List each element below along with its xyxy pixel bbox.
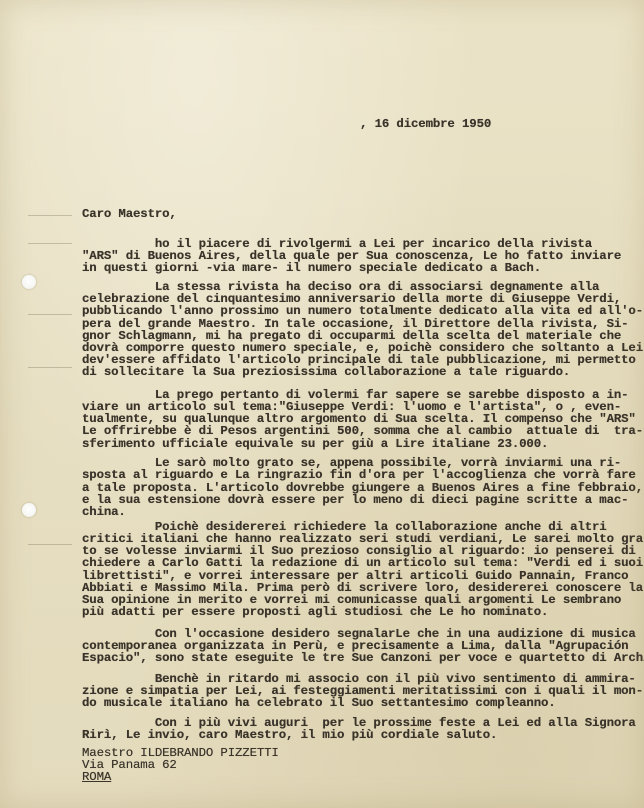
body-line: e la sua estensione dovrà essere per lo … [82,493,628,507]
body-line: in questi giorni -via mare- il numero sp… [82,261,541,275]
margin-mark [28,544,72,545]
body-line: Espacio", sono state eseguite le tre Sue… [82,651,644,665]
letter-body: ho il piacere di rivolgermi a Lei per in… [0,0,29,658]
letter-page: , 16 dicembre 1950 Caro Maestro, ho il p… [0,0,644,808]
body-line: più adatti per essere proposti agli stud… [82,605,548,619]
margin-mark [28,367,72,368]
body-line: di sollecitare la Sua preziosissima coll… [82,365,570,379]
margin-mark [28,243,72,244]
margin-mark [28,215,72,216]
letter-date: , 16 dicembre 1950 [360,117,491,131]
recipient-address: Maestro ILDEBRANDO PIZZETTI Via Panama 6… [0,0,29,70]
body-line: sferimento ufficiale equivale su per giù… [82,437,548,451]
body-line: Rirì, Le invio, caro Maestro, il mio più… [82,728,497,742]
body-line: do musicale italiano ha celebrato il Suo… [82,696,556,710]
recipient-city: ROMA [82,770,111,784]
salutation: Caro Maestro, [82,207,177,221]
body-line: china. [82,505,126,519]
margin-mark [28,314,72,315]
